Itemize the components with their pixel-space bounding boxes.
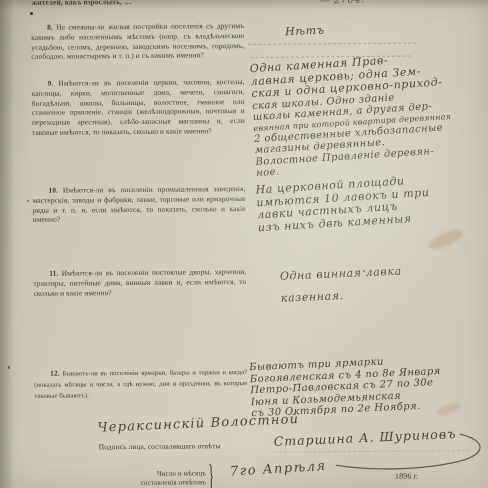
question-10: 10. Имѣются-ли въ поселеніи промышленныя… bbox=[32, 184, 245, 225]
question-8-text: Не смежны-ли жилыя постройки поселенія с… bbox=[31, 21, 244, 61]
question-9-text: Имѣются-ли въ поселеніи церкви, часовни,… bbox=[32, 77, 245, 137]
question-10-number: 10. bbox=[48, 186, 58, 195]
question-9: 9. Имѣются-ли въ поселеніи церкви, часов… bbox=[32, 77, 246, 138]
scanned-census-form-page: жителей, какъ взрослыхъ, … — 2704. 8. Не… bbox=[0, 0, 488, 488]
question-8: 8. Не смежны-ли жилыя постройки поселені… bbox=[31, 21, 244, 62]
question-12: 12. Бываютъ-ли въ поселеніи ярмарки, баз… bbox=[34, 367, 247, 401]
answer-8-line: Нѣтъ bbox=[285, 25, 325, 39]
date-label: Число и мѣсяцъ составленія отвѣтовъ bbox=[120, 469, 206, 488]
top-printed-fragment: жителей, какъ взрослыхъ, … bbox=[32, 0, 246, 8]
answer-10: На церковной площади имѣются 10 лавокъ и… bbox=[255, 174, 431, 234]
answer-11: Одна винная лавка казенная. bbox=[279, 261, 403, 310]
date-label-line2: составленія отвѣтовъ bbox=[120, 478, 206, 488]
signature-label: Подпись лица, составлявшаго отвѣты bbox=[99, 441, 274, 452]
question-11-text: Имѣются-ли въ поселеніи постоялые дворы,… bbox=[33, 267, 246, 297]
date-brace: } bbox=[208, 457, 215, 488]
answer-11-line: казенная. bbox=[280, 282, 403, 309]
question-10-text: Имѣются-ли въ поселеніи промышленныя зав… bbox=[33, 184, 246, 224]
question-11-number: 11. bbox=[49, 269, 58, 278]
answer-9: Одна каменная Прав- лавная церковь; одна… bbox=[250, 51, 455, 179]
answer-rule-line bbox=[248, 42, 416, 44]
page-tilt-layer: жителей, какъ взрослыхъ, … — 2704. 8. Не… bbox=[0, 0, 488, 488]
date-year-printed: 1896 г. bbox=[395, 471, 435, 481]
question-11: 11. Имѣются-ли въ поселеніи постоялые дв… bbox=[33, 267, 246, 298]
top-handwritten-fragment: — 2704. bbox=[320, 0, 365, 7]
question-12-number: 12. bbox=[50, 369, 60, 378]
question-8-number: 8. bbox=[47, 23, 53, 32]
question-9-number: 9. bbox=[48, 79, 54, 88]
signature-flourish-icon bbox=[252, 426, 488, 486]
answer-12: Бываютъ три ярмарки Богоявленская съ 4 п… bbox=[249, 354, 442, 420]
question-12-text: Бываютъ-ли въ поселеніи ярмарки, базары … bbox=[34, 369, 247, 399]
answer-8: Нѣтъ bbox=[285, 25, 325, 39]
